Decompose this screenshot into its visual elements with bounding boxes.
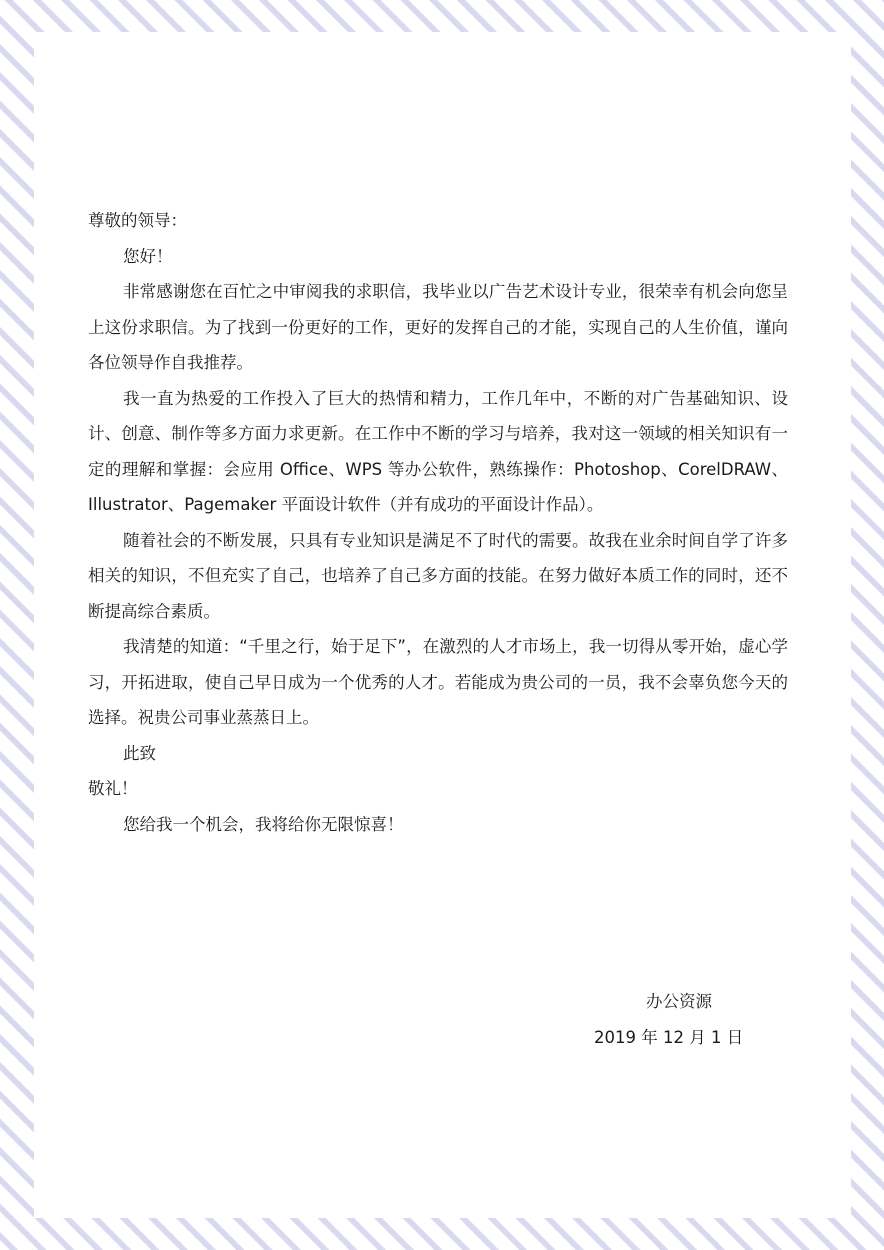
greeting: 您好！ <box>88 239 788 275</box>
paragraph-skills: 我一直为热爱的工作投入了巨大的热情和精力，工作几年中，不断的对广告基础知识、设计… <box>88 381 788 523</box>
paragraph-conclusion: 我清楚的知道：“千里之行，始于足下”，在激烈的人才市场上，我一切得从零开始，虚心… <box>88 629 788 736</box>
salutation: 尊敬的领导： <box>88 203 788 239</box>
postscript: 您给我一个机会，我将给你无限惊喜！ <box>88 807 788 843</box>
closing-ci-zhi: 此致 <box>88 736 788 772</box>
letter-body: 尊敬的领导： 您好！ 非常感谢您在百忙之中审阅我的求职信，我毕业以广告艺术设计专… <box>88 203 788 842</box>
paragraph-learning: 随着社会的不断发展，只具有专业知识是满足不了时代的需要。故我在业余时间自学了许多… <box>88 523 788 630</box>
signature-name: 办公资源 <box>594 984 794 1020</box>
signature-block: 办公资源 2019 年 12 月 1 日 <box>594 984 794 1056</box>
closing-jing-li: 敬礼！ <box>88 771 788 807</box>
paragraph-intro: 非常感谢您在百忙之中审阅我的求职信，我毕业以广告艺术设计专业，很荣幸有机会向您呈… <box>88 274 788 381</box>
signature-date: 2019 年 12 月 1 日 <box>594 1020 794 1056</box>
letter-page: 尊敬的领导： 您好！ 非常感谢您在百忙之中审阅我的求职信，我毕业以广告艺术设计专… <box>34 32 851 1218</box>
